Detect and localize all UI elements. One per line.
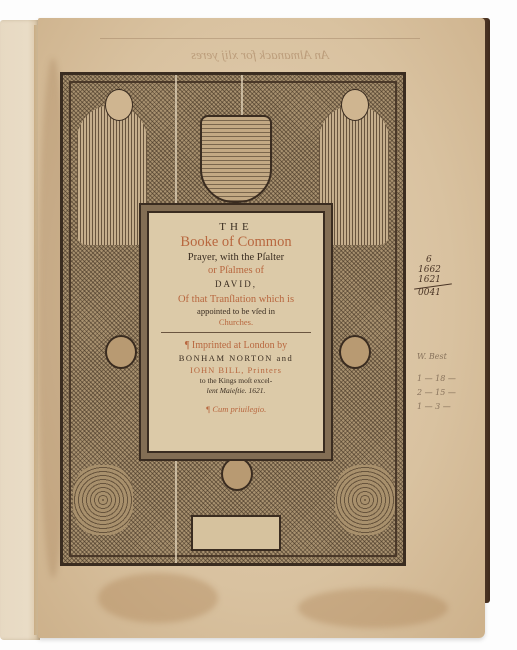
title-churches: Churches. xyxy=(149,317,323,328)
imprint-line-3: IOHN BILL, Printers xyxy=(149,364,323,376)
margin-calculation: 6 1662 1621 0041 xyxy=(418,255,452,298)
title-main: Booke of Common xyxy=(149,233,323,251)
title-translation: Of that Tranſlation which is xyxy=(149,293,323,306)
title-david: DAVID, xyxy=(149,277,323,291)
title-appointed: appointed to be vſed in xyxy=(149,306,323,317)
title-panel: THE Booke of Common Prayer, with the Pſa… xyxy=(147,211,325,453)
show-through-text xyxy=(75,570,415,600)
privilege-line: ¶ Cum priuilegio. xyxy=(149,404,323,414)
unicorn-right xyxy=(335,465,395,535)
figure-head-left xyxy=(105,89,133,121)
mask-ornament-bottom xyxy=(221,457,253,491)
show-through-running-head: An Almanack for xlij yeres xyxy=(100,38,420,71)
title-prayer: Prayer, with the Pſalter xyxy=(149,251,323,264)
title-psalmes: or Pſalmes of xyxy=(149,264,323,277)
imprint-line-1: ¶ Imprinted at London by xyxy=(149,339,323,352)
margin-pencil-notes: W. Best 1 — 18 — 2 — 15 — 1 — 3 — xyxy=(417,350,456,414)
title-the: THE xyxy=(149,221,323,233)
imprint-line-4: to the Kings moſt excel- xyxy=(149,376,323,386)
divider-rule xyxy=(161,332,311,333)
photo-scene: An Almanack for xlij yeres THE Booke of … xyxy=(0,0,517,650)
mask-ornament-left xyxy=(105,335,137,369)
bottom-cartouche xyxy=(191,515,281,551)
allegorical-figure-right xyxy=(319,105,389,245)
calc-top: 6 xyxy=(426,255,452,265)
lion-left xyxy=(73,465,133,535)
note-line-1: W. Best xyxy=(417,350,456,364)
imprint-line-5: lent Maieſtie. 1621. xyxy=(149,386,323,396)
note-line-3: 2 — 15 — xyxy=(417,386,456,400)
imprint-line-2: BONHAM NORTON and xyxy=(149,352,323,364)
calc-result: 0041 xyxy=(418,288,452,298)
calc-a: 1662 xyxy=(418,265,452,275)
figure-head-right xyxy=(341,89,369,121)
royal-arms-crest xyxy=(200,115,272,203)
mask-ornament-right xyxy=(339,335,371,369)
note-line-4: 1 — 3 — xyxy=(417,400,456,414)
allegorical-figure-left xyxy=(77,105,147,245)
note-line-2: 1 — 18 — xyxy=(417,372,456,386)
woodcut-border: THE Booke of Common Prayer, with the Pſa… xyxy=(60,72,406,566)
